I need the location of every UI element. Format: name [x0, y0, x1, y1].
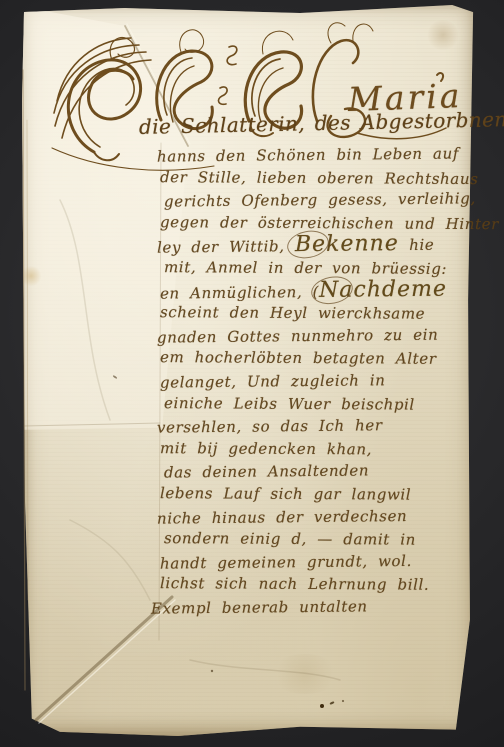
manuscript-line: der Stille, lieben oberen Rechtshaus — [160, 166, 460, 190]
manuscript-line-text: en Anmüglichen, ( — [160, 282, 319, 302]
manuscript-line-text: ley der Wittib, — [157, 238, 295, 257]
manuscript-line: em hocherlöbten betagten Alter — [160, 346, 460, 370]
manuscript-line: en Anmüglichen, (Nachdeme — [160, 278, 460, 304]
manuscript-line-text: gelanget, Und zugleich in — [160, 371, 386, 391]
manuscript-line-text: lebens Lauf sich gar langwil — [160, 484, 411, 504]
manuscript-line-text: der Stille, lieben oberen Rechtshaus — [160, 168, 479, 188]
manuscript-line: einiche Leibs Wuer beischpil — [164, 392, 460, 416]
manuscript-line-text: gerichts Ofenberg gesess, verleihig, — [164, 189, 476, 210]
manuscript-line: versehlen, so das Ich her — [157, 414, 460, 440]
manuscript-line-text: Exempl benerab untalten — [151, 597, 368, 617]
photograph-background: Maria die Schlatterin, des Abgestorbnen … — [0, 0, 504, 747]
manuscript-line-text: mit, Anmel in der von brüessig: — [164, 258, 447, 278]
manuscript-line: niche hinaus der verdechsen — [157, 504, 460, 530]
manuscript-line-text: gnaden Gottes nunmehro zu ein — [157, 325, 438, 346]
emphasized-word: Nachdeme — [319, 276, 447, 302]
manuscript-line: lichst sich nach Lehrnung bill. — [160, 572, 460, 596]
manuscript-line: sondern einig d, — damit in — [164, 527, 460, 551]
manuscript-line-text: scheint den Heyl wierckhsame — [160, 303, 425, 323]
manuscript-line: hanns den Schönen bin Leben auf — [157, 142, 460, 168]
manuscript-line-text: em hocherlöbten betagten Alter — [160, 348, 437, 368]
manuscript-lines: hanns den Schönen bin Leben aufder Still… — [160, 144, 460, 618]
manuscript-line-text: das deinen Ansaltenden — [164, 462, 369, 482]
paper-stain — [270, 654, 340, 694]
paper-stain — [426, 20, 460, 50]
manuscript-line: gerichts Ofenberg gesess, verleihig, — [164, 188, 460, 214]
emphasized-word: Bekenne — [295, 231, 399, 257]
manuscript-line-text: mit bij gedencken khan, — [160, 439, 372, 458]
manuscript-line-text: einiche Leibs Wuer beischpil — [164, 394, 415, 414]
manuscript-line-text: gegen der österreichischen und Hinter — [160, 213, 499, 233]
manuscript-line: handt gemeinen grundt, wol. — [160, 549, 460, 575]
manuscript-line-text: versehlen, so das Ich her — [157, 416, 383, 436]
manuscript-line: das deinen Ansaltenden — [164, 459, 460, 485]
manuscript-line-text: hanns den Schönen bin Leben auf — [157, 144, 459, 165]
manuscript-line: lebens Lauf sich gar langwil — [160, 482, 460, 506]
manuscript-line: gnaden Gottes nunmehro zu ein — [157, 323, 460, 349]
manuscript-line: mit bij gedencken khan, — [160, 437, 460, 461]
manuscript-line: ley der Wittib, Bekenne hie — [157, 233, 460, 259]
manuscript-line-text: lichst sich nach Lehrnung bill. — [160, 574, 429, 594]
manuscript-line: Exempl benerab untalten — [151, 594, 460, 620]
paper-stain — [20, 266, 42, 286]
manuscript-line-text: niche hinaus der verdechsen — [157, 506, 407, 527]
manuscript-line-text: hie — [399, 236, 435, 254]
manuscript-line-text: handt gemeinen grundt, wol. — [160, 552, 412, 573]
manuscript-line: scheint den Heyl wierckhsame — [160, 301, 460, 325]
manuscript-line: gelanget, Und zugleich in — [160, 368, 460, 394]
manuscript-line-text: sondern einig d, — damit in — [164, 529, 416, 549]
